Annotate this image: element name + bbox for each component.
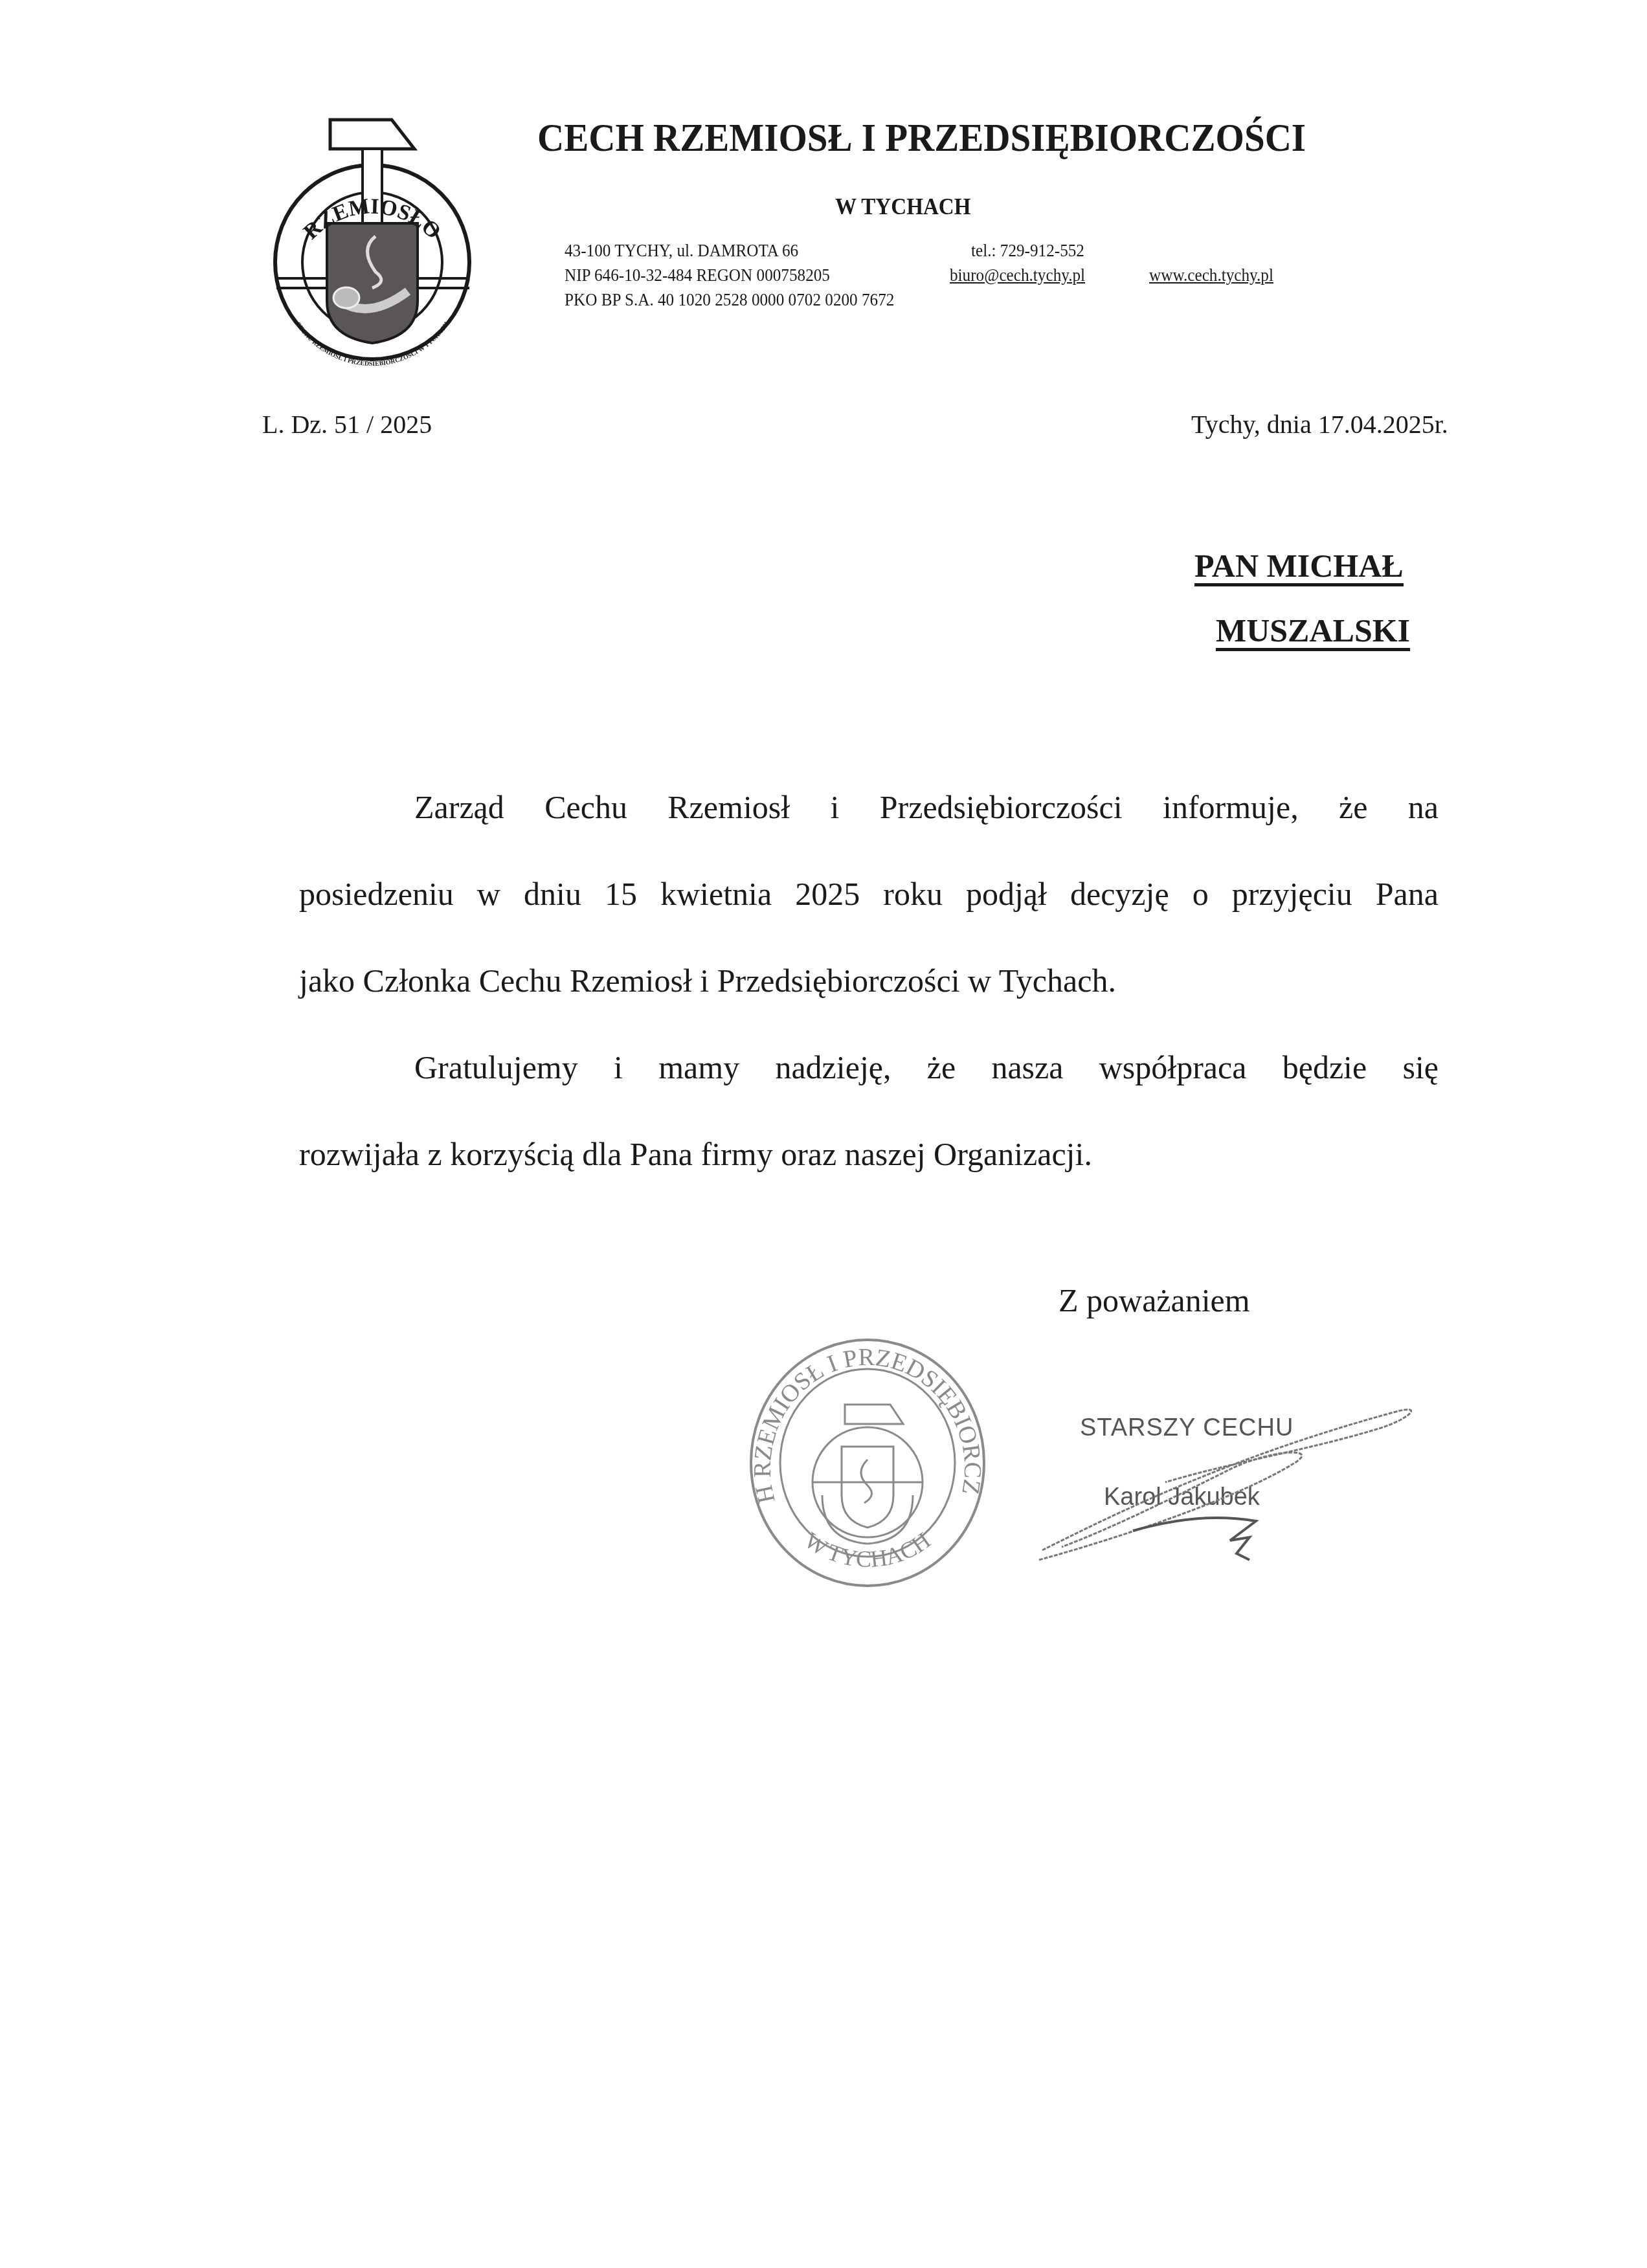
official-stamp-icon: CECH RZEMIOSŁ I PRZEDSIĘBIORCZOŚCI W TYC… xyxy=(738,1333,997,1592)
tax-ids: NIP 646-10-32-484 REGON 000758205 xyxy=(565,265,830,286)
place-date: Tychy, dnia 17.04.2025r. xyxy=(1191,409,1448,439)
address: 43-100 TYCHY, ul. DAMROTA 66 xyxy=(565,241,798,261)
body-line: posiedzeniu w dniu 15 kwietnia 2025 roku… xyxy=(299,850,1439,937)
addressee-line-1: PAN MICHAŁ xyxy=(1194,549,1404,586)
body-line: rozwijała z korzyścią dla Pana firmy ora… xyxy=(299,1111,1439,1197)
guild-emblem-icon: RZEMIOSŁO CECHU RZEMIOSŁ I PRZEDSIĘBIORC… xyxy=(256,113,489,366)
closing-salutation: Z poważaniem xyxy=(1059,1282,1250,1319)
addressee-line-2: MUSZALSKI xyxy=(1216,614,1410,651)
bank-account: PKO BP S.A. 40 1020 2528 0000 0702 0200 … xyxy=(565,290,894,311)
body-line: jako Członka Cechu Rzemiosł i Przedsiębi… xyxy=(299,937,1439,1024)
organization-city: W TYCHACH xyxy=(835,193,971,220)
body-line: Zarząd Cechu Rzemiosł i Przedsiębiorczoś… xyxy=(299,764,1439,850)
body-line: Gratulujemy i mamy nadzieję, że nasza ws… xyxy=(299,1024,1439,1111)
phone-number: tel.: 729-912-552 xyxy=(971,241,1084,261)
letter-body: Zarząd Cechu Rzemiosł i Przedsiębiorczoś… xyxy=(299,764,1439,1197)
email-link[interactable]: biuro@cech.tychy.pl xyxy=(950,265,1085,285)
reference-number: L. Dz. 51 / 2025 xyxy=(262,409,432,439)
handwritten-signature-icon xyxy=(1036,1385,1437,1599)
organization-name: CECH RZEMIOSŁ I PRZEDSIĘBIORCZOŚCI xyxy=(537,115,1371,161)
svg-text:W TYCHACH: W TYCHACH xyxy=(800,1527,935,1572)
website-link[interactable]: www.cech.tychy.pl xyxy=(1149,265,1273,285)
